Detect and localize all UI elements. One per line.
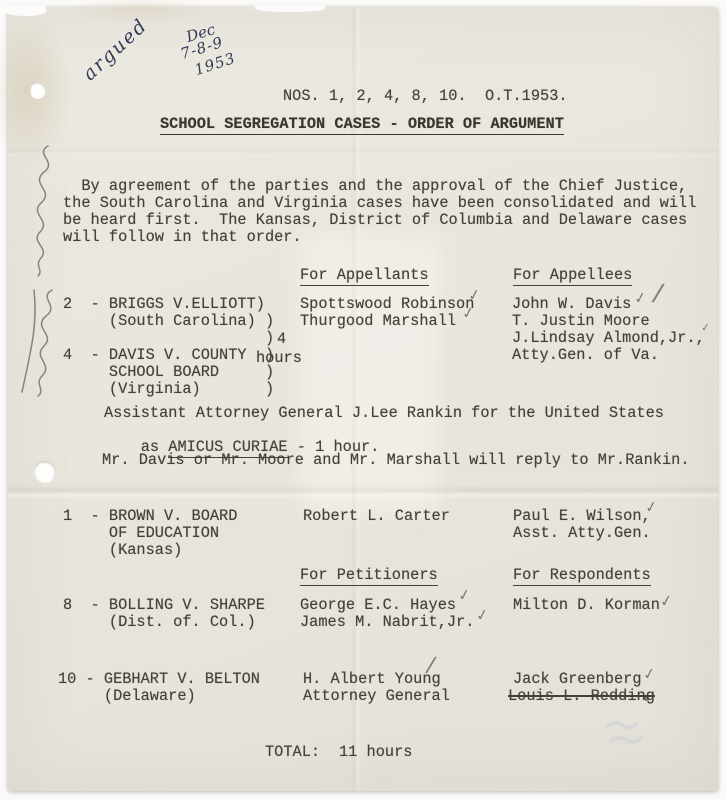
- case-name-line: 8 - BOLLING V. SHARPE: [63, 597, 265, 614]
- case-name-line: OF EDUCATION: [63, 525, 219, 542]
- case-name-line: 2 - BRIGGS V.ELLIOTT): [63, 296, 265, 313]
- intro-line: By agreement of the parties and the appr…: [63, 178, 687, 195]
- document-content: argued Dec 7-8-9 1953 NOS. 1, 2, 4, 8, 1…: [0, 0, 726, 800]
- counsel-name: George E.C. Hayes: [300, 597, 456, 614]
- handwritten-argued-note: argued: [78, 14, 152, 85]
- counsel-name: Asst. Atty.Gen.: [513, 525, 651, 542]
- case-name-line: (Virginia) ): [63, 381, 274, 398]
- pencil-slash-icon: /: [651, 279, 665, 305]
- margin-signature-handwriting: [14, 140, 68, 398]
- counsel-name: Milton D. Korman: [513, 597, 660, 614]
- counsel-name: Attorney General: [303, 688, 450, 705]
- amicus-line: Assistant Attorney General J.Lee Rankin …: [104, 405, 664, 422]
- punch-hole: [30, 82, 46, 99]
- pencil-check-icon: ✓: [642, 664, 658, 684]
- case-name-line: (Dist. of. Col.): [63, 614, 256, 631]
- case-name-line: (Delaware): [58, 688, 196, 705]
- counsel-name: H. Albert Young: [303, 671, 441, 688]
- column-header-petitioners: For Petitioners: [300, 566, 438, 586]
- counsel-name: John W. Davis: [512, 296, 631, 313]
- pencil-check-icon: ✓: [644, 497, 660, 517]
- faint-ink-smudge: [598, 712, 668, 757]
- intro-line: be heard first. The Kansas, District of …: [63, 212, 687, 229]
- total-value: 11 hours: [339, 744, 412, 761]
- intro-line: will follow in that order.: [63, 229, 302, 246]
- counsel-name: T. Justin Moore: [512, 313, 650, 330]
- case-name-line: 1 - BROWN V. BOARD: [63, 508, 237, 525]
- counsel-name: Robert L. Carter: [303, 508, 450, 525]
- pencil-check-icon: ✓: [633, 288, 649, 308]
- pencil-check-icon: ✓: [700, 320, 711, 334]
- case-name-line: (South Carolina) ): [63, 313, 274, 330]
- docket-numbers-line: NOS. 1, 2, 4, 8, 10. O.T.1953.: [283, 88, 568, 105]
- pencil-check-icon: ✓: [457, 585, 473, 605]
- counsel-name: Thurgood Marshall: [300, 313, 456, 330]
- pencil-check-icon: ✓: [467, 285, 483, 305]
- counsel-name: Jack Greenberg: [513, 671, 642, 688]
- case-name-line: (Kansas): [63, 542, 182, 559]
- pencil-check-icon: ✓: [659, 591, 675, 611]
- case-name-line: ): [63, 330, 274, 347]
- counsel-name: Spottswood Robinson: [300, 296, 474, 313]
- case-name-line: 4 - DAVIS V. COUNTY ): [63, 347, 274, 364]
- punch-hole: [34, 461, 55, 483]
- counsel-name: Atty.Gen. of Va.: [512, 347, 659, 364]
- total-label: TOTAL:: [265, 744, 320, 761]
- pencil-check-icon: ✓: [475, 605, 491, 625]
- counsel-name-struck-through: Louis L. Redding: [508, 688, 655, 705]
- case-name-line: 10 - GEBHART V. BELTON: [58, 671, 260, 688]
- counsel-name: James M. Nabrit,Jr.: [300, 614, 474, 631]
- document-title: SCHOOL SEGREGATION CASES - ORDER OF ARGU…: [160, 115, 564, 135]
- counsel-name: J.Lindsay Almond,Jr.,: [512, 330, 705, 347]
- column-header-appellants: For Appellants: [300, 266, 429, 286]
- counsel-name: Paul E. Wilson,: [513, 508, 651, 525]
- hours-annotation: 4: [277, 331, 286, 348]
- fold-crease: [8, 146, 718, 158]
- torn-edge: [255, 5, 325, 12]
- case-name-line: SCHOOL BOARD ): [63, 364, 274, 381]
- reply-note: Mr. Davis or Mr. Moore and Mr. Marshall …: [102, 452, 690, 469]
- intro-line: the South Carolina and Virginia cases ha…: [63, 195, 696, 212]
- column-header-appellees: For Appellees: [513, 266, 632, 286]
- column-header-respondents: For Respondents: [513, 566, 651, 586]
- hours-annotation: hours: [256, 350, 302, 367]
